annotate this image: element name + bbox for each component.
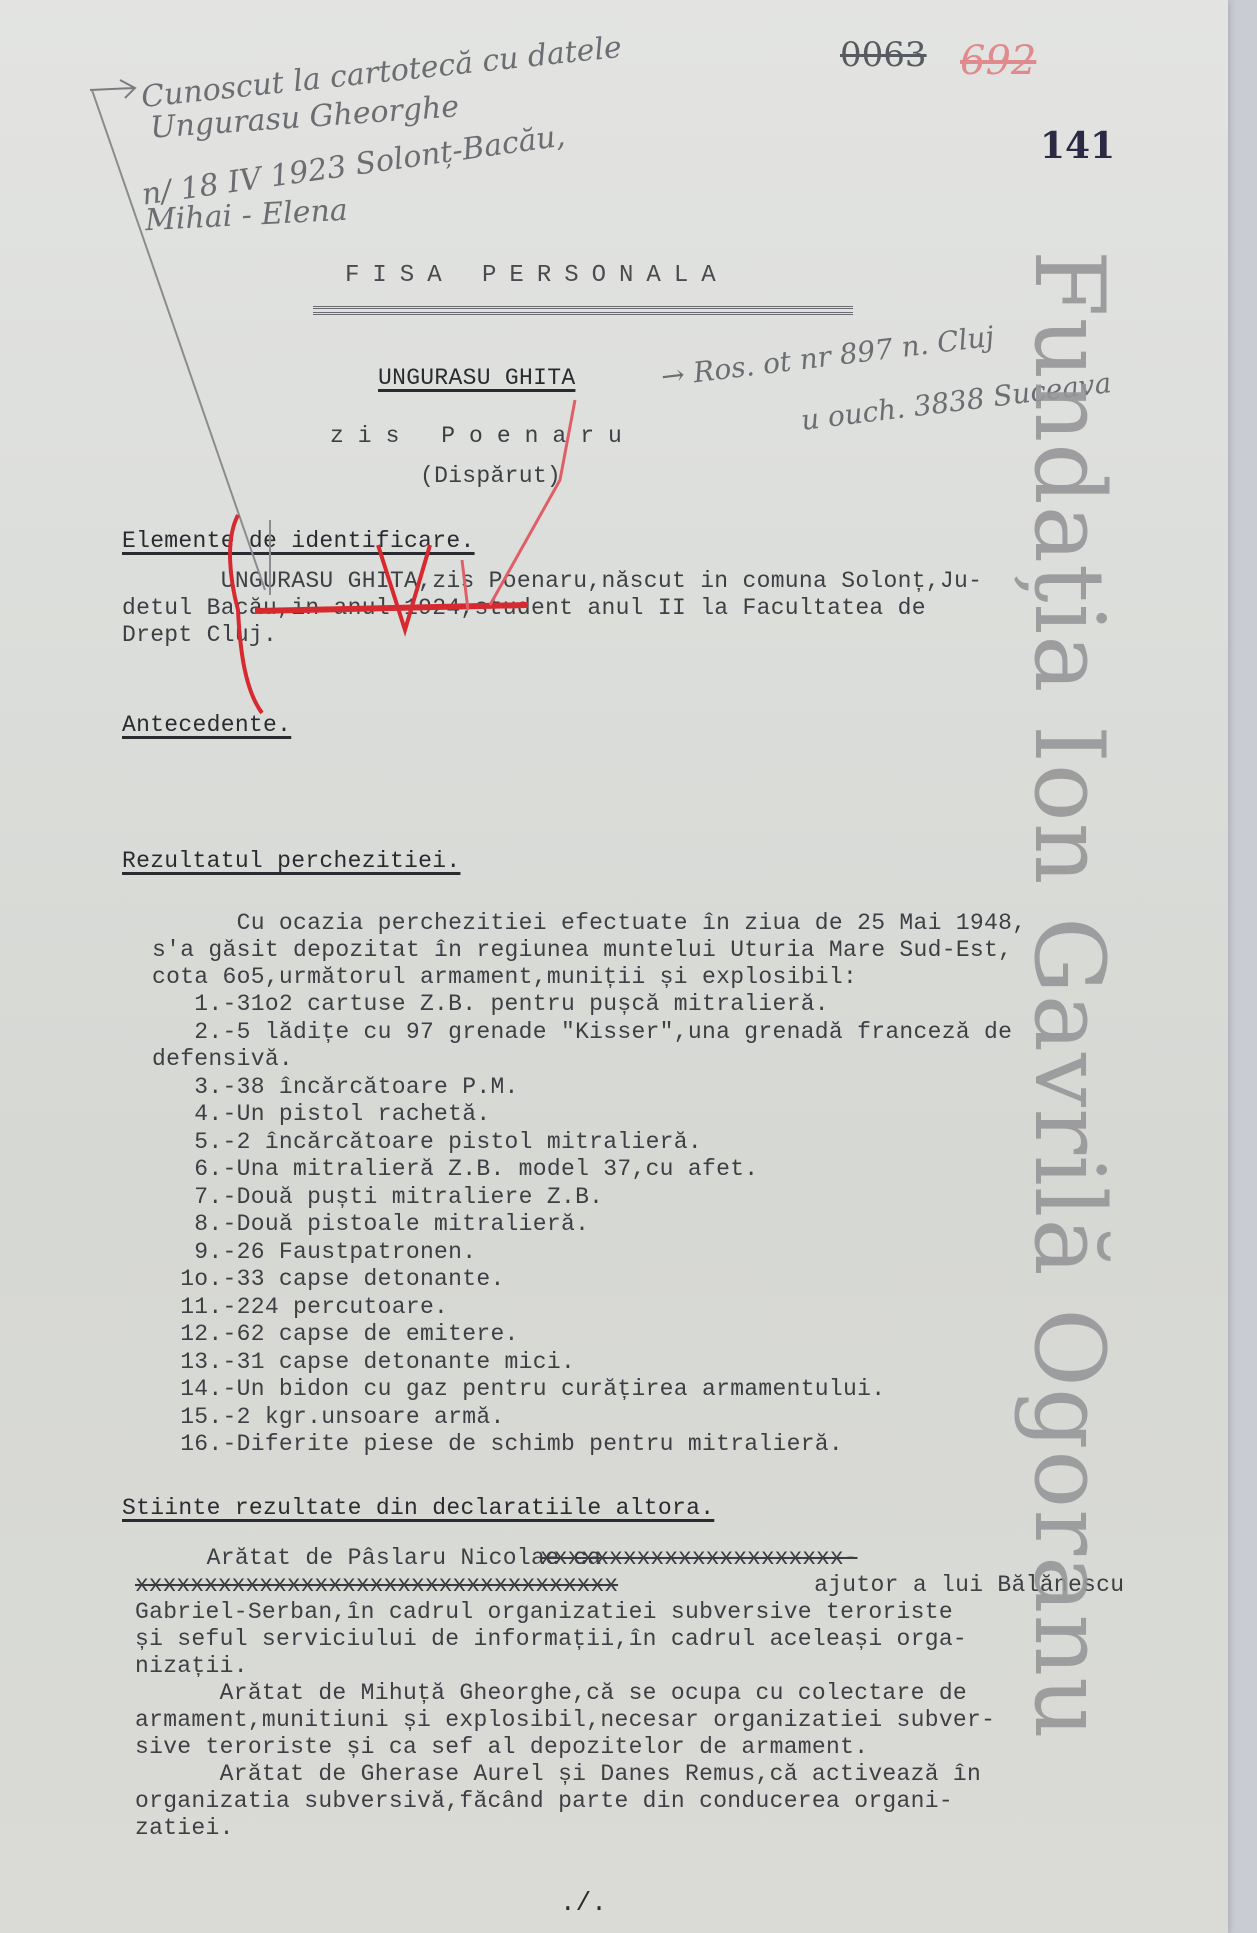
annotation-strokes (0, 0, 1228, 1933)
document-page: Cunoscut la cartotecă cu datele Ungurasu… (0, 0, 1228, 1933)
